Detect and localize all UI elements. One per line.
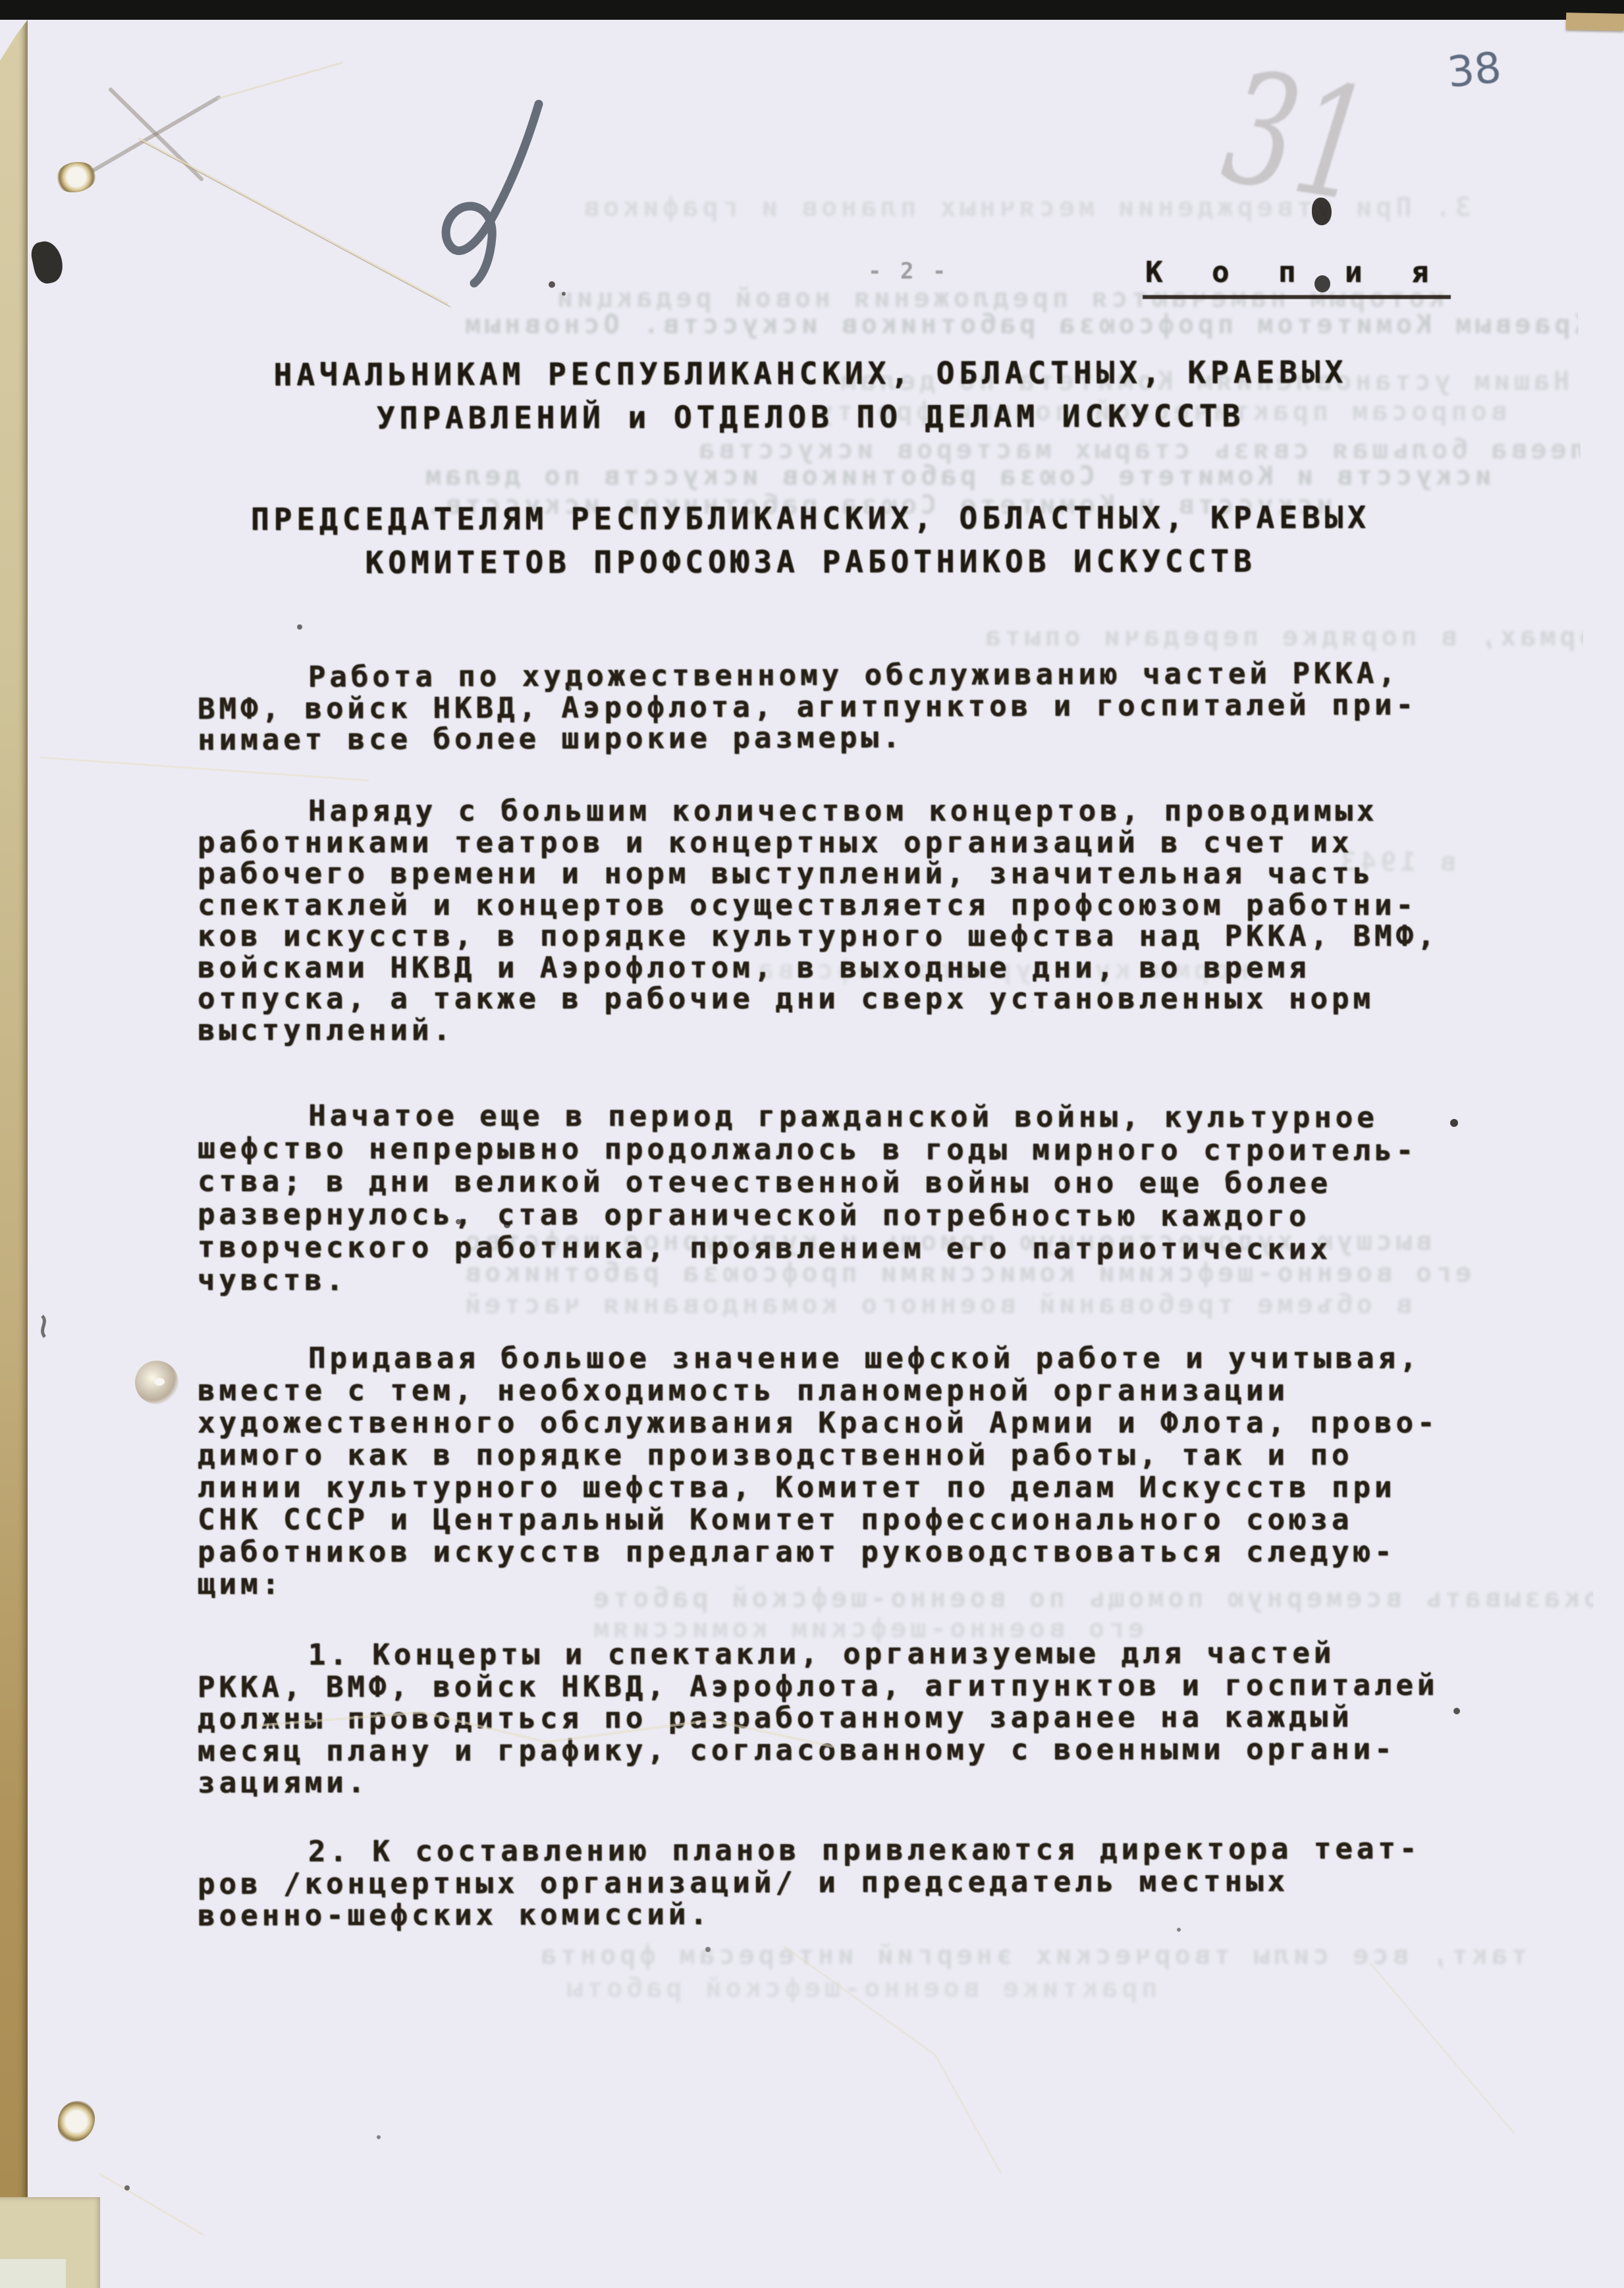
list-item-1: 1. Концерты и спектакли, организуемые дл…	[198, 1637, 1439, 1799]
underlying-page-edge-left	[0, 20, 28, 2200]
ink-blot	[29, 238, 66, 286]
ink-blot	[1312, 198, 1332, 225]
paragraph-4: Придавая большое значение шефской работе…	[198, 1342, 1438, 1600]
faint-page-number: - 2 -	[868, 258, 948, 285]
list-item-2: 2. К составлению планов привлекаются дир…	[198, 1834, 1421, 1932]
scanner-background-band	[0, 0, 1624, 20]
ink-blot	[1314, 275, 1330, 292]
pencil-ghost-number: 31	[1213, 38, 1381, 237]
bleedthrough-line: искусств и Комитете Союза работников иск…	[421, 461, 1491, 491]
underlying-page-scrap-bottom-left	[0, 2259, 66, 2288]
recipients-heading-2: ПРЕДСЕДАТЕЛЯМ РЕСПУБЛИКАНСКИХ, ОБЛАСТНЫХ…	[198, 495, 1424, 584]
recipients-heading-1: НАЧАЛЬНИКАМ РЕСПУБЛИКАНСКИХ, ОБЛАСТНЫХ, …	[198, 350, 1424, 441]
underlying-page-sliver-top-right	[1566, 13, 1624, 31]
paragraph-3: Начатое еще в период гражданской войны, …	[198, 1099, 1417, 1299]
bleedthrough-line: такт, все силы творческих энергий интере…	[537, 1940, 1527, 1971]
bleedthrough-line: Краевым Комитетом профсоюза работников и…	[461, 310, 1590, 340]
pencil-page-number: 38	[1445, 43, 1503, 97]
bleedthrough-line: нормах, в порядке передачи опыта	[981, 622, 1615, 652]
paper-dent	[135, 1361, 178, 1404]
scanned-archival-document: { "handwriting": { "corner_number": "38"…	[0, 0, 1624, 2288]
paragraph-2: Наряду с большим количеством концертов, …	[198, 796, 1438, 1046]
document-page: 3. При утверждении месячных планов и гра…	[0, 0, 1624, 2288]
paragraph-1: Работа по художественному обслуживанию ч…	[198, 658, 1417, 756]
bleedthrough-line: практике военно-шефской работы	[563, 1973, 1157, 2003]
copy-stamp: К о п и я	[1143, 257, 1451, 299]
